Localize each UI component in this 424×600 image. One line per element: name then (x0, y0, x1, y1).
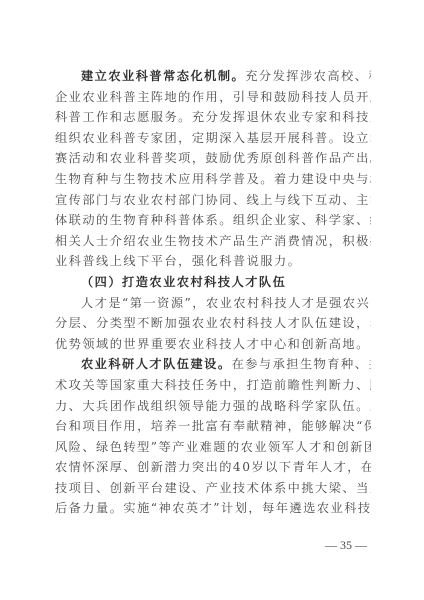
paragraph-line: 企业农业科普主阵地的作用，引导和鼓励科技人员开展各种形式 (55, 87, 371, 108)
paragraph-line: 技项目、创新平台建设、产业技术体系中挑大梁、当主角，打造战略 (55, 478, 371, 499)
paragraph-line: 宣传部门与农业农村部门协同、线上与线下互动、主流媒体与新媒 (55, 190, 371, 211)
paragraph-line: 相关人士介绍农业生物技术产品生产消费情况，积极打造各种农 (55, 231, 371, 252)
paragraph-line: 生物育种与生物技术应用科学普及。着力建设中央与地方联动、 (55, 169, 371, 190)
paragraph-line: 分层、分类型不断加强农业农村科技人才队伍建设，着力打造一批 (55, 313, 371, 334)
paragraph-line: 赛活动和农业科普奖项，鼓励优秀原创科普作品产出。突出加强 (55, 148, 371, 169)
bold-lead: 建立农业科普常态化机制。 (81, 69, 245, 83)
paragraph-line: 人才是“第一资源”，农业农村科技人才是强农兴农的根本。 (55, 293, 371, 314)
paragraph-line: 风险、绿色转型”等产业难题的农业领军人才和创新团队。支持三 (55, 437, 371, 458)
paragraph-line: 优势领域的世界重要农业科技人才中心和创新高地。 (55, 334, 371, 355)
section-heading: （四）打造农业农村科技人才队伍 (55, 272, 371, 293)
paragraph-line: 业科普线上线下平台，强化科普说服力。 (55, 251, 371, 272)
paragraph-line: 力、大兵团作战组织领导能力强的战略科学家队伍。发挥各类平 (55, 396, 371, 417)
paragraph-line: 体联动的生物育种科普体系。组织企业家、科学家、经营者、国外 (55, 210, 371, 231)
paragraph-line: 科普工作和志愿服务。充分发挥退休农业专家和科技人员作用， (55, 107, 371, 128)
paragraph-line: 建立农业科普常态化机制。充分发挥涉农高校、科研院所和 (55, 66, 371, 87)
page-number: — 35 — (325, 538, 367, 553)
paragraph-line: 台和项目作用，培养一批富有奉献精神，能够解决“保供、解卡、防 (55, 416, 371, 437)
paragraph-line: 术攻关等国家重大科技任务中，打造前瞻性判断力、跨学科理解能 (55, 375, 371, 396)
document-page: 建立农业科普常态化机制。充分发挥涉农高校、科研院所和 企业农业科普主阵地的作用，… (55, 66, 371, 519)
paragraph-line: 组织农业科普专家团，定期深入基层开展科普。设立农业科技竞 (55, 128, 371, 149)
paragraph-line: 农业科研人才队伍建设。在参与承担生物育种、关键核心技 (55, 354, 371, 375)
bold-lead: 农业科研人才队伍建设。 (81, 357, 232, 371)
paragraph-line: 后备力量。实施“神农英才”计划，每年遴选农业科技领军人才50 (55, 498, 371, 519)
paragraph-line: 农情怀深厚、创新潜力突出的40岁以下青年人才，在重大农业科 (55, 457, 371, 478)
